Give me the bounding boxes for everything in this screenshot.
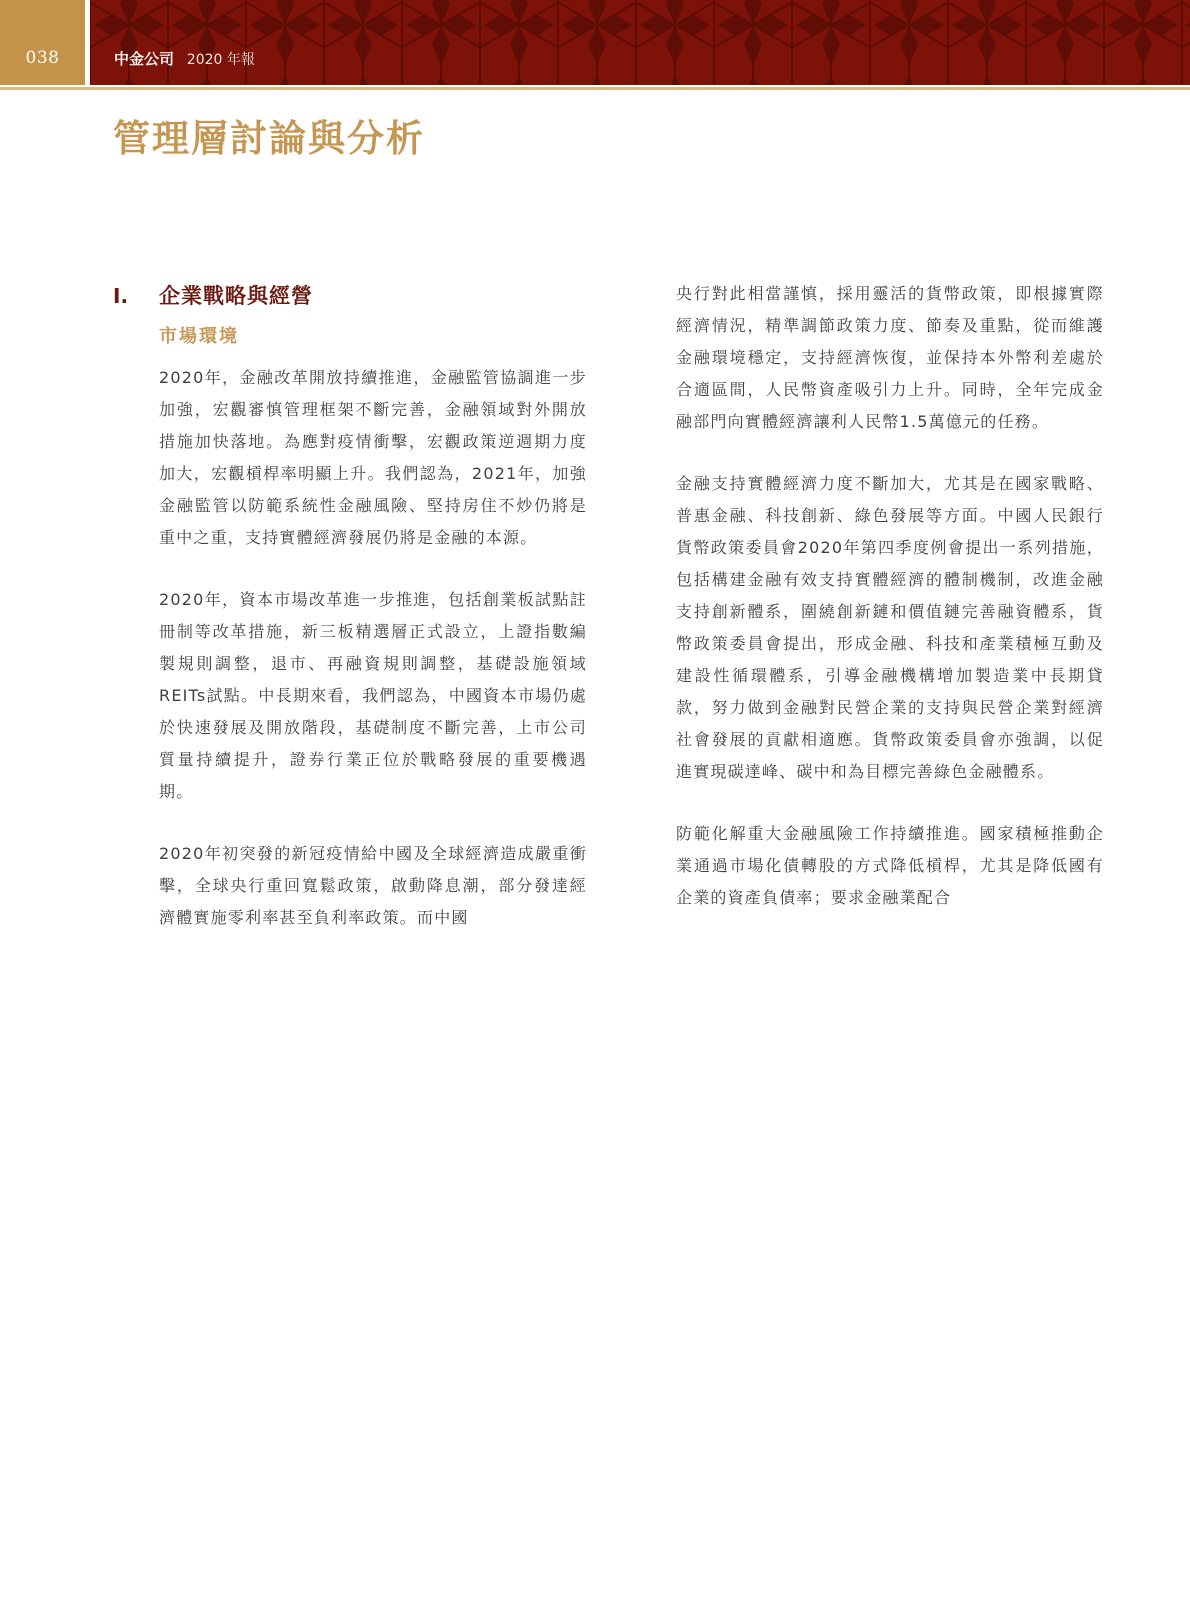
paragraph: 2020年，金融改革開放持續推進，金融監管協調進一步加強，宏觀審慎管理框架不斷完… bbox=[159, 362, 587, 554]
right-column: 央行對此相當謹慎，採用靈活的貨幣政策，即根據實際經濟情況，精準調節政策力度、節奏… bbox=[676, 278, 1106, 944]
page-number-box: 038 bbox=[0, 0, 85, 85]
paragraph: 防範化解重大金融風險工作持續推進。國家積極推動企業通過市場化債轉股的方式降低槓桿… bbox=[676, 818, 1104, 914]
left-column: I. 企業戰略與經營 市場環境 2020年，金融改革開放持續推進，金融監管協調進… bbox=[113, 270, 593, 964]
header-divider bbox=[0, 87, 1190, 90]
report-name: 2020 年報 bbox=[187, 52, 255, 68]
paragraph: 金融支持實體經濟力度不斷加大，尤其是在國家戰略、普惠金融、科技創新、綠色發展等方… bbox=[676, 468, 1104, 788]
paragraph: 2020年初突發的新冠疫情給中國及全球經濟造成嚴重衝擊，全球央行重回寬鬆政策，啟… bbox=[159, 838, 587, 934]
section-heading: I. 企業戰略與經營 bbox=[113, 280, 593, 310]
section-number: I. bbox=[113, 284, 159, 308]
section-title: 企業戰略與經營 bbox=[159, 280, 313, 310]
header-title: 中金公司 2020 年報 bbox=[114, 48, 255, 69]
paragraph: 2020年，資本市場改革進一步推進，包括創業板試點註冊制等改革措施，新三板精選層… bbox=[159, 584, 587, 808]
page-number: 038 bbox=[26, 48, 60, 68]
company-name: 中金公司 bbox=[114, 50, 174, 68]
page-header: 038 bbox=[0, 0, 1190, 92]
asanoha-pattern-icon bbox=[90, 0, 1190, 85]
subsection-title: 市場環境 bbox=[159, 322, 593, 348]
paragraph: 央行對此相當謹慎，採用靈活的貨幣政策，即根據實際經濟情況，精準調節政策力度、節奏… bbox=[676, 278, 1104, 438]
header-banner: 中金公司 2020 年報 bbox=[90, 0, 1190, 85]
page-title: 管理層討論與分析 bbox=[113, 108, 425, 162]
